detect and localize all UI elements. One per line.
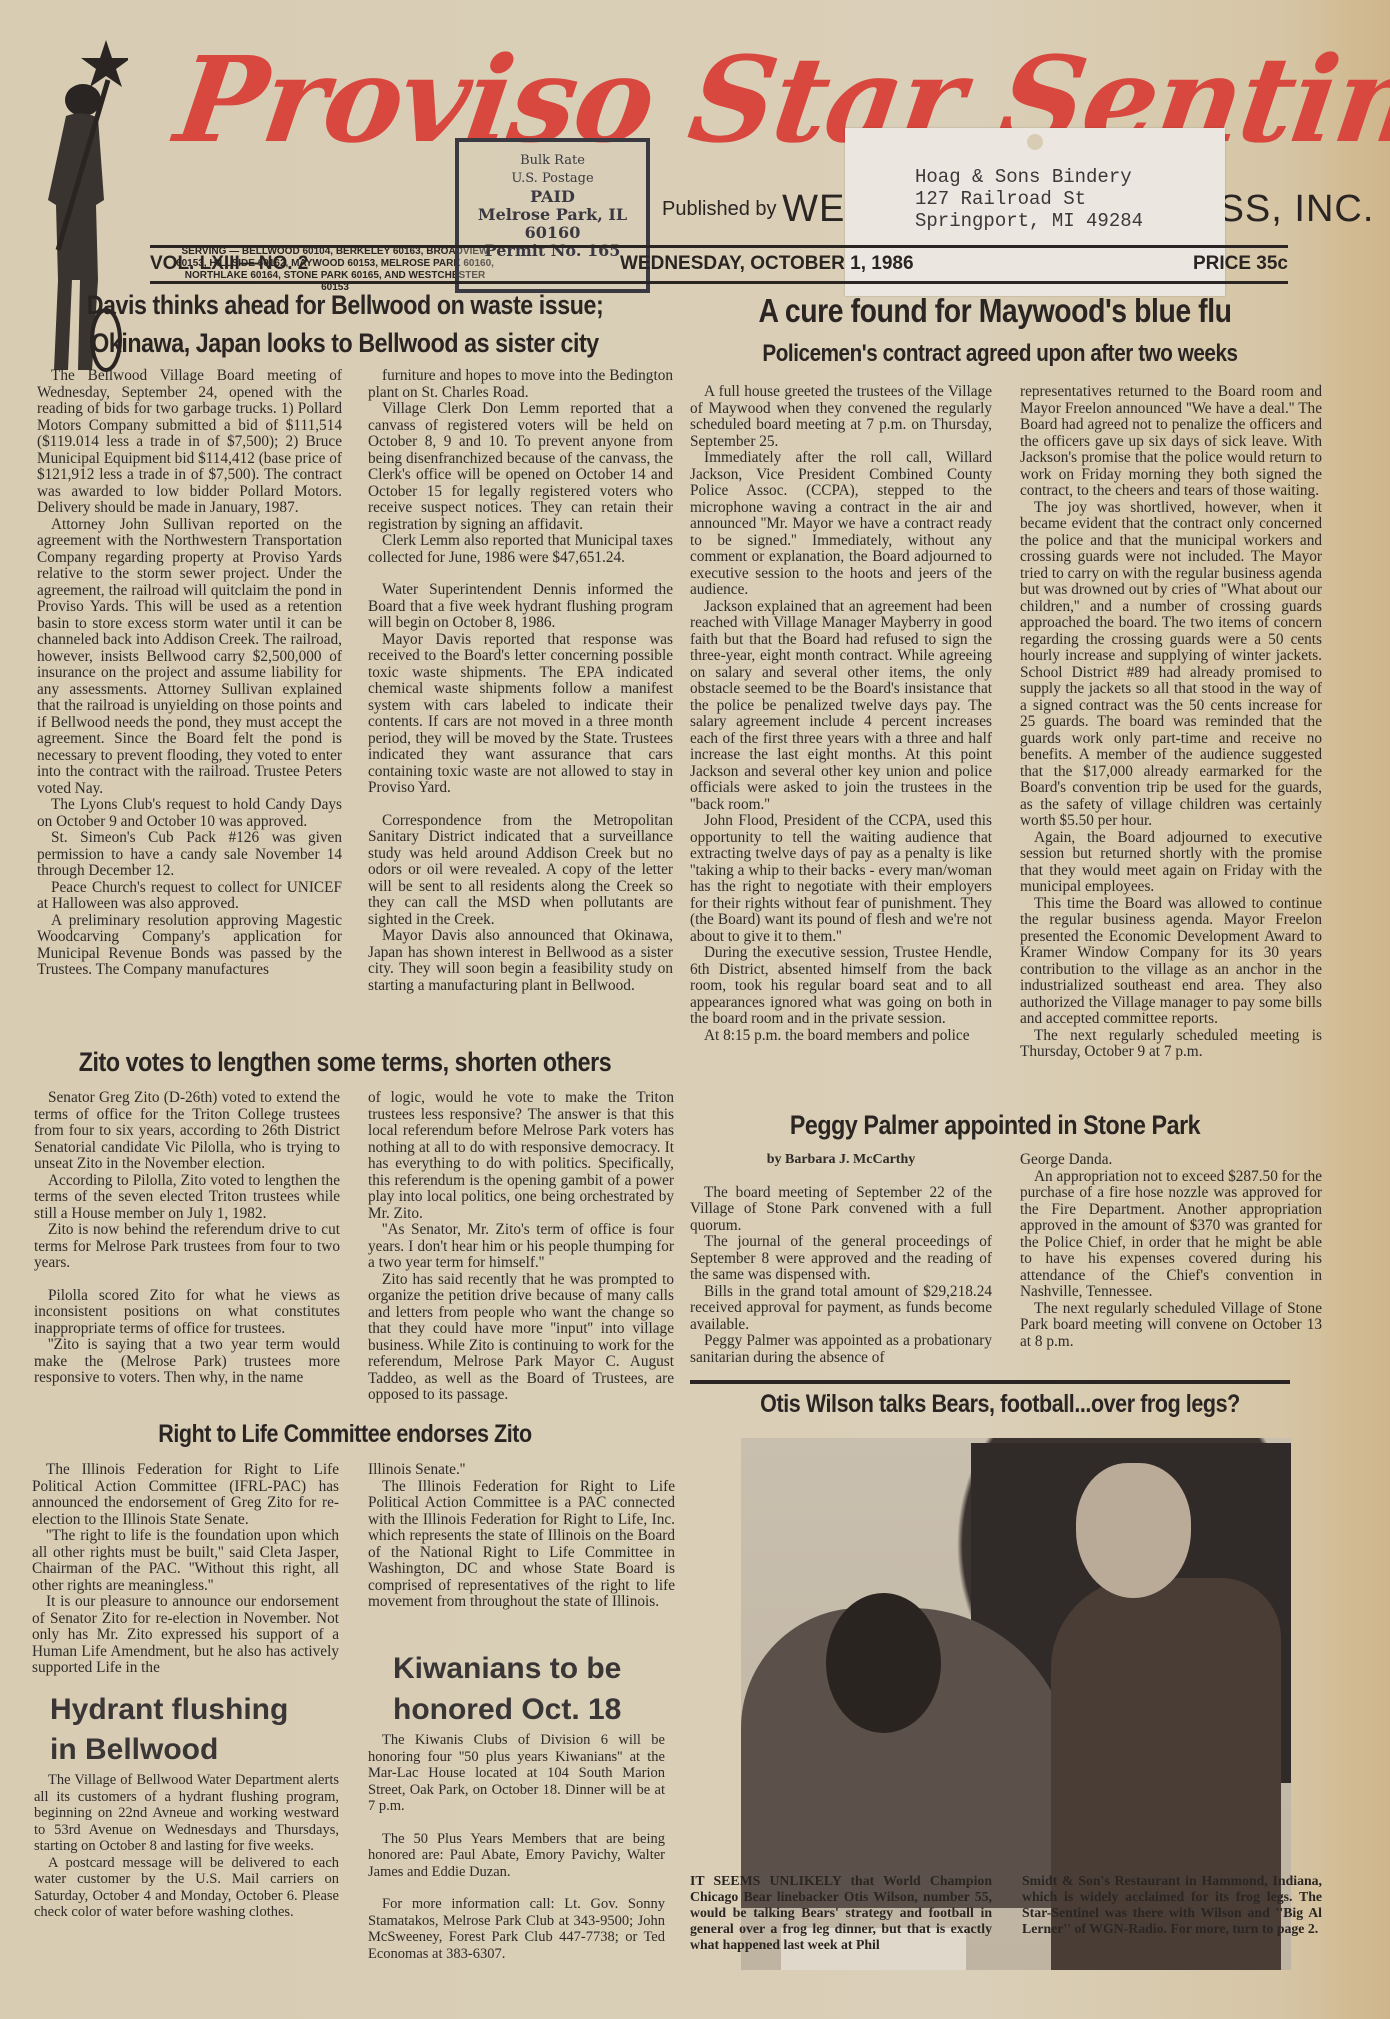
paragraph: It is our pleasure to announce our endor…	[32, 1594, 339, 1677]
paragraph: ''As Senator, Mr. Zito's term of office …	[368, 1222, 674, 1272]
paragraph: During the executive session, Trustee He…	[690, 945, 992, 1028]
article-rtl-col1: The Illinois Federation for Right to Lif…	[32, 1462, 339, 1677]
paragraph: Correspondence from the Metropolitan San…	[368, 813, 673, 929]
article-rtl-col2: Illinois Senate.'' The Illinois Federati…	[368, 1462, 675, 1611]
paragraph: The Bellwood Village Board meeting of We…	[37, 368, 342, 517]
photo-caption-col1: IT SEEMS UNLIKELY that World Champion Ch…	[690, 1873, 992, 1953]
paragraph: The 50 Plus Years Members that are being…	[368, 1831, 665, 1881]
article-davis-col1: The Bellwood Village Board meeting of We…	[37, 368, 342, 979]
headline-zito: Zito votes to lengthen some terms, short…	[66, 1047, 625, 1078]
paragraph: The Village of Bellwood Water Department…	[34, 1772, 339, 1855]
paragraph: The journal of the general proceedings o…	[690, 1234, 992, 1284]
stamp-line: Melrose Park, IL 60160	[459, 206, 646, 242]
paragraph: Again, the Board adjourned to executive …	[1020, 830, 1322, 896]
paragraph: An appropriation not to exceed $287.50 f…	[1020, 1169, 1322, 1301]
divider	[150, 281, 1288, 284]
paragraph: For more information call: Lt. Gov. Sonn…	[368, 1896, 665, 1962]
paragraph: Attorney John Sullivan reported on the a…	[37, 517, 342, 798]
paragraph: Immediately after the roll call, Willard…	[690, 450, 992, 599]
paragraph: ''The right to life is the foundation up…	[32, 1528, 339, 1594]
paragraph: Jackson explained that an agreement had …	[690, 599, 992, 814]
paragraph: representatives returned to the Board ro…	[1020, 384, 1322, 500]
paragraph: A preliminary resolution approving Mages…	[37, 913, 342, 979]
stamp-line: U.S. Postage	[459, 170, 646, 188]
headline-line: Kiwanians to be	[393, 1648, 621, 1689]
photo-figure	[1076, 1463, 1191, 1598]
subheadline-davis: Okinawa, Japan looks to Bellwood as sist…	[66, 328, 625, 359]
paragraph: George Danda.	[1020, 1152, 1322, 1169]
published-by-label: Published by	[662, 198, 777, 220]
headline-maywood: A cure found for Maywood's blue flu	[741, 292, 1248, 330]
paragraph: Bills in the grand total amount of $29,2…	[690, 1284, 992, 1334]
label-city: Springport, MI 49284	[915, 210, 1225, 232]
price: PRICE 35c	[1193, 247, 1288, 281]
paragraph: ''Zito is saying that a two year term wo…	[34, 1337, 340, 1387]
byline: by Barbara J. McCarthy	[690, 1152, 992, 1169]
article-peggy-col2: George Danda. An appropriation not to ex…	[1020, 1152, 1322, 1350]
label-name: Hoag & Sons Bindery	[915, 166, 1225, 188]
headline-peggy-palmer: Peggy Palmer appointed in Stone Park	[741, 1110, 1248, 1141]
paragraph: This time the Board was allowed to conti…	[1020, 896, 1322, 1028]
headline-hydrant: Hydrant flushing in Bellwood	[50, 1690, 288, 1770]
volume-number: VOL. LXIII—NO. 2	[150, 247, 308, 281]
article-zito-col2: of logic, would he vote to make the Trit…	[368, 1090, 674, 1404]
stamp-line: Bulk Rate	[459, 152, 646, 170]
paragraph: Water Superintendent Dennis informed the…	[368, 582, 673, 632]
article-hydrant: The Village of Bellwood Water Department…	[34, 1772, 339, 1921]
paragraph: of logic, would he vote to make the Trit…	[368, 1090, 674, 1222]
paragraph: The Kiwanis Clubs of Division 6 will be …	[368, 1732, 665, 1815]
paragraph: Mayor Davis also announced that Okinawa,…	[368, 928, 673, 994]
headline-right-to-life: Right to Life Committee endorses Zito	[66, 1420, 625, 1449]
paragraph: Village Clerk Don Lemm reported that a c…	[368, 401, 673, 533]
paragraph: The board meeting of September 22 of the…	[690, 1185, 992, 1235]
label-street: 127 Railroad St	[915, 188, 1225, 210]
paragraph: Senator Greg Zito (D-26th) voted to exte…	[34, 1090, 340, 1173]
paragraph: A full house greeted the trustees of the…	[690, 384, 992, 450]
photo-figure	[826, 1593, 941, 1733]
paragraph: Clerk Lemm also reported that Municipal …	[368, 533, 673, 566]
article-zito-col1: Senator Greg Zito (D-26th) voted to exte…	[34, 1090, 340, 1387]
paragraph: Zito has said recently that he was promp…	[368, 1272, 674, 1404]
paragraph: Mayor Davis reported that response was r…	[368, 632, 673, 797]
article-maywood-col2: representatives returned to the Board ro…	[1020, 384, 1322, 1061]
photo-caption-col2: Smidt & Son's Restaurant in Hammond, Ind…	[1022, 1873, 1322, 1937]
article-maywood-col1: A full house greeted the trustees of the…	[690, 384, 992, 1044]
divider	[690, 1380, 1290, 1384]
article-peggy-col1: by Barbara J. McCarthy The board meeting…	[690, 1152, 992, 1366]
paragraph: The next regularly scheduled meeting is …	[1020, 1028, 1322, 1061]
paragraph: The Lyons Club's request to hold Candy D…	[37, 797, 342, 830]
headline-line: Hydrant flushing	[50, 1690, 288, 1730]
headline-otis-wilson: Otis Wilson talks Bears, football...over…	[742, 1390, 1258, 1419]
label-hole	[1027, 134, 1043, 150]
newspaper-page: Proviso Star Sentinel SERVING — BELLWOOD…	[0, 0, 1390, 2019]
paragraph: Illinois Senate.''	[368, 1462, 675, 1479]
article-kiwanis: The Kiwanis Clubs of Division 6 will be …	[368, 1732, 665, 1962]
stamp-line: PAID	[459, 188, 646, 206]
paragraph: Zito is now behind the referendum drive …	[34, 1222, 340, 1272]
paragraph: Peggy Palmer was appointed as a probatio…	[690, 1333, 992, 1366]
paragraph: John Flood, President of the CCPA, used …	[690, 813, 992, 945]
headline-kiwanis: Kiwanians to be honored Oct. 18	[393, 1648, 621, 1730]
paragraph: The Illinois Federation for Right to Lif…	[368, 1479, 675, 1611]
subheadline-maywood: Policemen's contract agreed upon after t…	[742, 340, 1258, 368]
paragraph: Peace Church's request to collect for UN…	[37, 880, 342, 913]
headline-davis: Davis thinks ahead for Bellwood on waste…	[66, 290, 625, 321]
dateline-bar: VOL. LXIII—NO. 2 WEDNESDAY, OCTOBER 1, 1…	[150, 247, 1288, 281]
paragraph: According to Pilolla, Zito voted to leng…	[34, 1173, 340, 1223]
headline-line: in Bellwood	[50, 1730, 288, 1770]
paragraph: At 8:15 p.m. the board members and polic…	[690, 1028, 992, 1045]
paragraph: The joy was shortlived, however, when it…	[1020, 500, 1322, 830]
paragraph: A postcard message will be delivered to …	[34, 1855, 339, 1921]
issue-date: WEDNESDAY, OCTOBER 1, 1986	[620, 247, 914, 281]
article-davis-col2: furniture and hopes to move into the Bed…	[368, 368, 673, 994]
headline-line: honored Oct. 18	[393, 1689, 621, 1730]
paragraph: Pilolla scored Zito for what he views as…	[34, 1288, 340, 1338]
paragraph: furniture and hopes to move into the Bed…	[368, 368, 673, 401]
paragraph: The Illinois Federation for Right to Lif…	[32, 1462, 339, 1528]
paragraph: St. Simeon's Cub Pack #126 was given per…	[37, 830, 342, 880]
paragraph: The next regularly scheduled Village of …	[1020, 1301, 1322, 1351]
